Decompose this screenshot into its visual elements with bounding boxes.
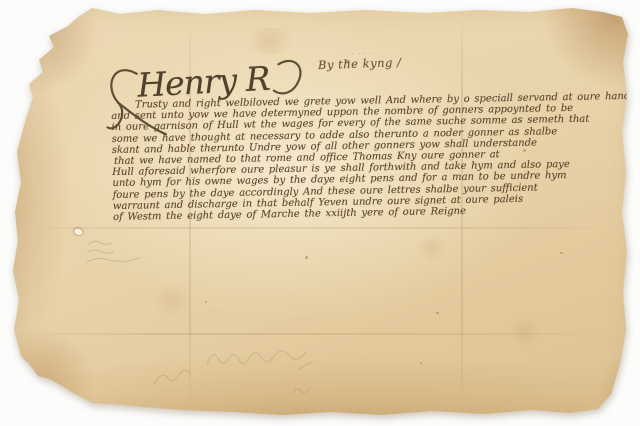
foxing-speck [205,301,207,303]
foxing-speck [305,256,308,259]
photo-of-manuscript: .... By the kyng / Henry R Trusty and ri… [0,0,640,426]
pencil-annotation-mark [290,383,312,397]
foxing-speck [560,252,563,254]
pencil-annotation-inscription [203,340,321,380]
stain-blotch [150,285,194,315]
stain-blotch [505,318,545,346]
paper-shadow-wrap: .... By the kyng / Henry R Trusty and ri… [0,0,640,426]
ink-specks: .... [352,49,376,56]
fold-crease-horizontal-lower [16,333,616,335]
paper-hole [73,227,84,236]
pencil-annotation-scribble [148,366,194,390]
foxing-speck [420,362,422,364]
parchment-sheet: .... By the kyng / Henry R Trusty and ri… [0,0,640,426]
stain-blotch [415,235,449,261]
pencil-annotation-numerals [85,238,143,268]
foxing-speck [436,312,439,314]
fold-crease-horizontal-upper [20,227,620,229]
letter-body: Trusty and right welbiloved we grete yow… [111,92,555,223]
heading-by-the-king: By the kyng / [318,54,438,72]
